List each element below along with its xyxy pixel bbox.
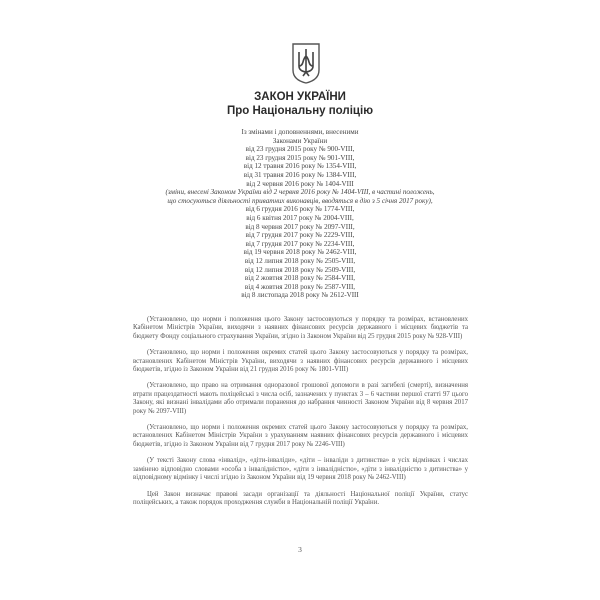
amendments-header-line: Законами України: [0, 137, 600, 146]
amendment-item: від 4 жовтня 2018 року № 2587-VIII,: [0, 283, 600, 292]
amendment-item: від 7 грудня 2017 року № 2229-VIII,: [0, 231, 600, 240]
amendment-item: від 12 травня 2016 року № 1354-VIII,: [0, 162, 600, 171]
amendment-item: від 12 липня 2018 року № 2509-VIII,: [0, 266, 600, 275]
amendment-item: від 31 травня 2016 року № 1384-VIII,: [0, 171, 600, 180]
paragraph: (Установлено, що право на отримання одно…: [133, 382, 468, 416]
trident-coat-of-arms-icon: [291, 42, 321, 84]
amendments-block: Із змінами і доповненнями, внесеними Зак…: [0, 128, 600, 300]
law-subtitle: Про Національну поліцію: [0, 105, 600, 117]
law-title: ЗАКОН УКРАЇНИ: [0, 91, 600, 103]
amendment-item: від 7 грудня 2017 року № 2234-VIII,: [0, 240, 600, 249]
amendment-item: від 2 червня 2016 року № 1404-VIII: [0, 180, 600, 189]
amendment-item: від 23 грудня 2015 року № 901-VIII,: [0, 154, 600, 163]
amendments-header-line: Із змінами і доповненнями, внесеними: [0, 128, 600, 137]
amendment-note: (зміни, внесені Законом України від 2 че…: [0, 188, 600, 197]
amendment-item: від 8 листопада 2018 року № 2612-VIII: [0, 291, 600, 300]
amendment-item: від 12 липня 2018 року № 2505-VIII,: [0, 257, 600, 266]
page-number: 3: [0, 545, 600, 554]
amendment-item: від 6 грудня 2016 року № 1774-VIII,: [0, 205, 600, 214]
amendment-item: від 19 червня 2018 року № 2462-VIII,: [0, 248, 600, 257]
amendment-note: що стосуються діяльності приватних викон…: [0, 197, 600, 206]
paragraph: Цей Закон визначає правові засади органі…: [133, 491, 468, 508]
paragraph: (У тексті Закону слова «інвалід», «діти-…: [133, 457, 468, 482]
amendment-item: від 8 червня 2017 року № 2097-VIII,: [0, 223, 600, 232]
amendment-item: від 2 жовтня 2018 року № 2584-VIII,: [0, 274, 600, 283]
paragraph: (Установлено, що норми і положення окрем…: [133, 349, 468, 374]
paragraph: (Установлено, що норми і положення окрем…: [133, 424, 468, 449]
body-text: (Установлено, що норми і положення цього…: [133, 316, 468, 515]
amendment-item: від 23 грудня 2015 року № 900-VIII,: [0, 145, 600, 154]
amendment-item: від 6 квітня 2017 року № 2004-VIII,: [0, 214, 600, 223]
paragraph: (Установлено, що норми і положення цього…: [133, 316, 468, 341]
